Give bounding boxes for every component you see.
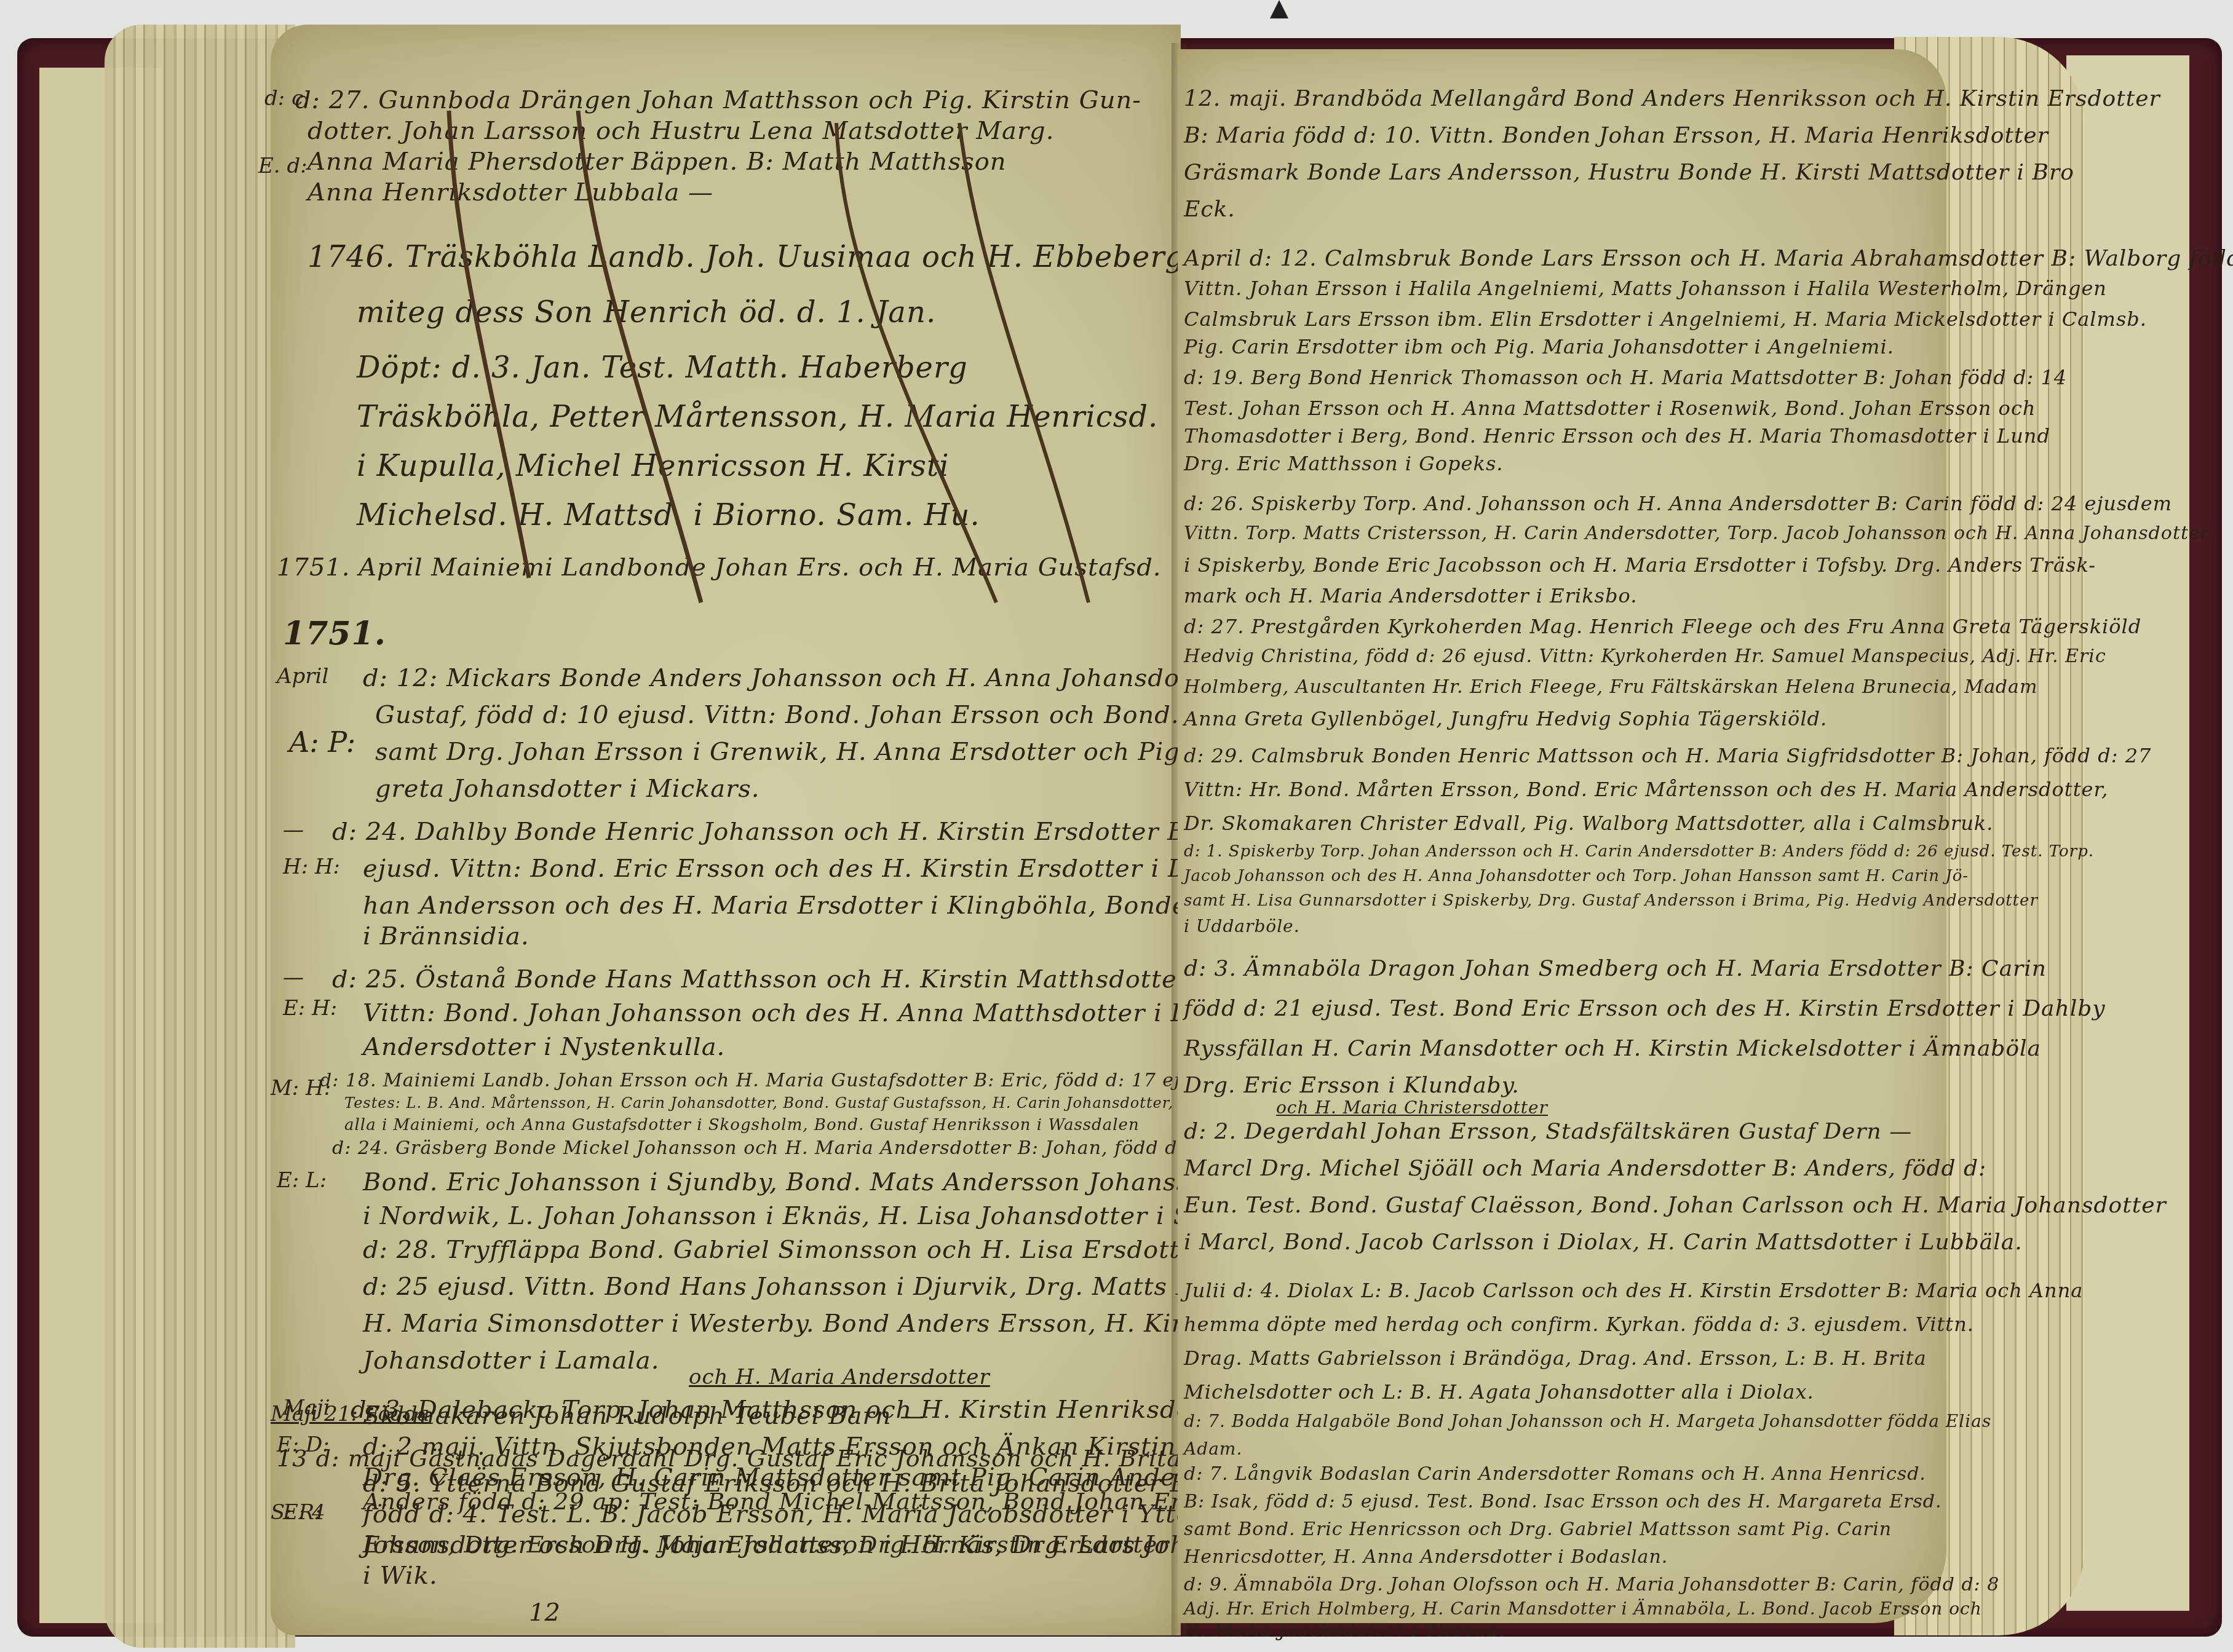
text-line: Thomasdotter i Berg, Bond. Henric Ersson…: [1184, 424, 2050, 448]
text-line: och H. Maria Andersdotter: [689, 1365, 990, 1389]
text-line: Anna Greta Gyllenbögel, Jungfru Hedvig S…: [1184, 707, 1827, 730]
margin-note: —: [283, 965, 304, 990]
text-line: d: 12: Mickars Bonde Anders Johansson oc…: [363, 664, 1228, 692]
text-line: d: 27. Prestgården Kyrkoherden Mag. Henr…: [1184, 615, 2141, 638]
page-stack-left-edge: [105, 25, 295, 1648]
text-line: d: 3. Ämnaböla Dragon Johan Smedberg och…: [1184, 956, 2047, 981]
text-line: i Brännsidia.: [363, 922, 529, 950]
page-number: 12: [529, 1599, 560, 1627]
text-line: d: 18. Mainiemi Landb. Johan Ersson och …: [320, 1070, 1222, 1091]
text-line: d: 7. Långvik Bodaslan Carin Andersdotte…: [1184, 1463, 1926, 1485]
left-page-bottom: Maji 21: Födda S: R: och H. Maria Anders…: [271, 1353, 1181, 1635]
text-line: Drg. Eric Matthsson i Gopeks.: [1184, 452, 1503, 475]
text-line: Andersdotter i Nystenkulla.: [363, 1033, 725, 1061]
text-line: 12. maji. Brandböda Mellangård Bond Ande…: [1184, 86, 2160, 111]
text-line: Eck.: [1184, 197, 1235, 222]
text-line: Dr. Skomakaren Christer Edvall, Pig. Wal…: [1184, 812, 1993, 835]
text-line: Holmberg, Auscultanten Hr. Erich Fleege,…: [1184, 676, 2037, 698]
text-line: född d: 21 ejusd. Test. Bond Eric Ersson…: [1184, 996, 2106, 1021]
text-line: d: 2. Degerdahl Johan Ersson, Stadsfälts…: [1184, 1119, 1912, 1144]
text-line: i Spiskerby, Bonde Eric Jacobsson och H.…: [1184, 553, 2096, 577]
text-line: greta Johansdotter i Mickars.: [375, 775, 760, 803]
text-line: Ryssfällan H. Carin Mansdotter och H. Ki…: [1184, 1036, 2041, 1061]
text-line: i Uddarböle.: [1184, 916, 1300, 936]
text-line: Vittn. Johan Ersson i Halila Angelniemi,…: [1184, 277, 2107, 300]
right-page: 12. maji. Brandböda Mellangård Bond Ande…: [1178, 49, 1946, 1623]
text-line: H. Maria Jacobsdotter i Ytterna.: [1184, 1620, 1504, 1642]
text-line: samt Drg. Johan Ersson i Grenwik, H. Ann…: [375, 738, 1259, 766]
text-line: mark och H. Maria Andersdotter i Eriksbo…: [1184, 584, 1637, 607]
margin-note: April: [277, 664, 328, 689]
text-line: Marcl Drg. Michel Sjöäll och Maria Ander…: [1184, 1156, 1986, 1181]
margin-note: H: H:: [283, 855, 340, 879]
bookmark-ribbon: [1270, 0, 1288, 18]
text-line: d: 19. Berg Bond Henrick Thomasson och H…: [1184, 366, 2067, 389]
text-line: Drag. Matts Gabrielsson i Brändöga, Drag…: [1184, 1346, 1927, 1370]
text-line: Gräsmark Bonde Lars Andersson, Hustru Bo…: [1184, 160, 2074, 185]
text-line: samt Bond. Eric Henricsson och Drg. Gabr…: [1184, 1519, 1892, 1540]
text-line: alla i Mainiemi, och Anna Gustafsdotter …: [344, 1116, 1140, 1134]
text-line: Henricsdotter, H. Anna Andersdotter i Bo…: [1184, 1546, 1668, 1568]
text-line: Vittn: Hr. Bond. Mårten Ersson, Bond. Er…: [1184, 778, 2108, 801]
text-line: hemma döpte med herdag och confirm. Kyrk…: [1184, 1313, 1974, 1336]
text-line: Drg. Eric Ersson i Klundaby.: [1184, 1073, 1520, 1098]
text-line: d: 24. Gräsberg Bonde Mickel Johansson o…: [332, 1137, 1291, 1159]
text-line: Testes: L. B. And. Mårtensson, H. Carin …: [344, 1094, 1286, 1112]
text-line: d: 26. Spiskerby Torp. And. Johansson oc…: [1184, 492, 2172, 515]
margin-note: —: [283, 818, 304, 842]
text-line: April d: 12. Calmsbruk Bonde Lars Ersson…: [1184, 246, 2233, 271]
text-line: i Marcl, Bond. Jacob Carlsson i Diolax, …: [1184, 1230, 2023, 1255]
text-line: Skomakaren Johan Rudolph Teubel Barn —: [363, 1402, 925, 1430]
text-line: Hedvig Christina, född d: 26 ejusd. Vitt…: [1184, 646, 2106, 667]
text-line: Jacob Johansson och des H. Anna Johansdo…: [1184, 867, 1969, 885]
text-line: d: 9. Ämnaböla Drg. Johan Olofsson och H…: [1184, 1574, 1999, 1595]
text-line: Vittn. Torp. Matts Cristersson, H. Carin…: [1184, 523, 2210, 544]
text-line: Adj. Hr. Erich Holmberg, H. Carin Mansdo…: [1184, 1599, 1982, 1619]
text-line: Adam.: [1184, 1439, 1242, 1459]
text-line: samt H. Lisa Gunnarsdotter i Spiskerby, …: [1184, 891, 2038, 910]
text-line: d: 29. Calmsbruk Bonden Henric Mattsson …: [1184, 744, 2151, 767]
text-line: Test. Johan Ersson och H. Anna Mattsdott…: [1184, 397, 2036, 420]
margin-note: E: L:: [277, 1168, 327, 1193]
margin-note: A: P:: [289, 725, 355, 759]
text-line: B: Isak, född d: 5 ejusd. Test. Bond. Is…: [1184, 1491, 1942, 1512]
text-line: d: 1. Spiskerby Torp. Johan Andersson oc…: [1184, 842, 2094, 861]
margin-note: S: R:: [271, 1500, 322, 1525]
year-heading: 1751.: [283, 615, 386, 652]
text-line: Eun. Test. Bond. Gustaf Claësson, Bond. …: [1184, 1193, 2167, 1218]
text-line: Julii d: 4. Diolax L: B. Jacob Carlsson …: [1184, 1279, 2083, 1302]
margin-note: E: H:: [283, 996, 337, 1021]
text-line: Pig. Carin Ersdotter ibm och Pig. Maria …: [1184, 335, 1894, 358]
text-line: Michelsdotter och L: B. H. Agata Johansd…: [1184, 1380, 1814, 1404]
strike-through-lines: [271, 74, 1181, 627]
text-line: d: 7. Bodda Halgaböle Bond Johan Johanss…: [1184, 1411, 1991, 1431]
text-line: B: Maria född d: 10. Vittn. Bonden Johan…: [1184, 123, 2049, 148]
text-line: Calmsbruk Lars Ersson ibm. Elin Ersdotte…: [1184, 307, 2147, 331]
text-line: och H. Maria Christersdotter: [1276, 1097, 1548, 1118]
